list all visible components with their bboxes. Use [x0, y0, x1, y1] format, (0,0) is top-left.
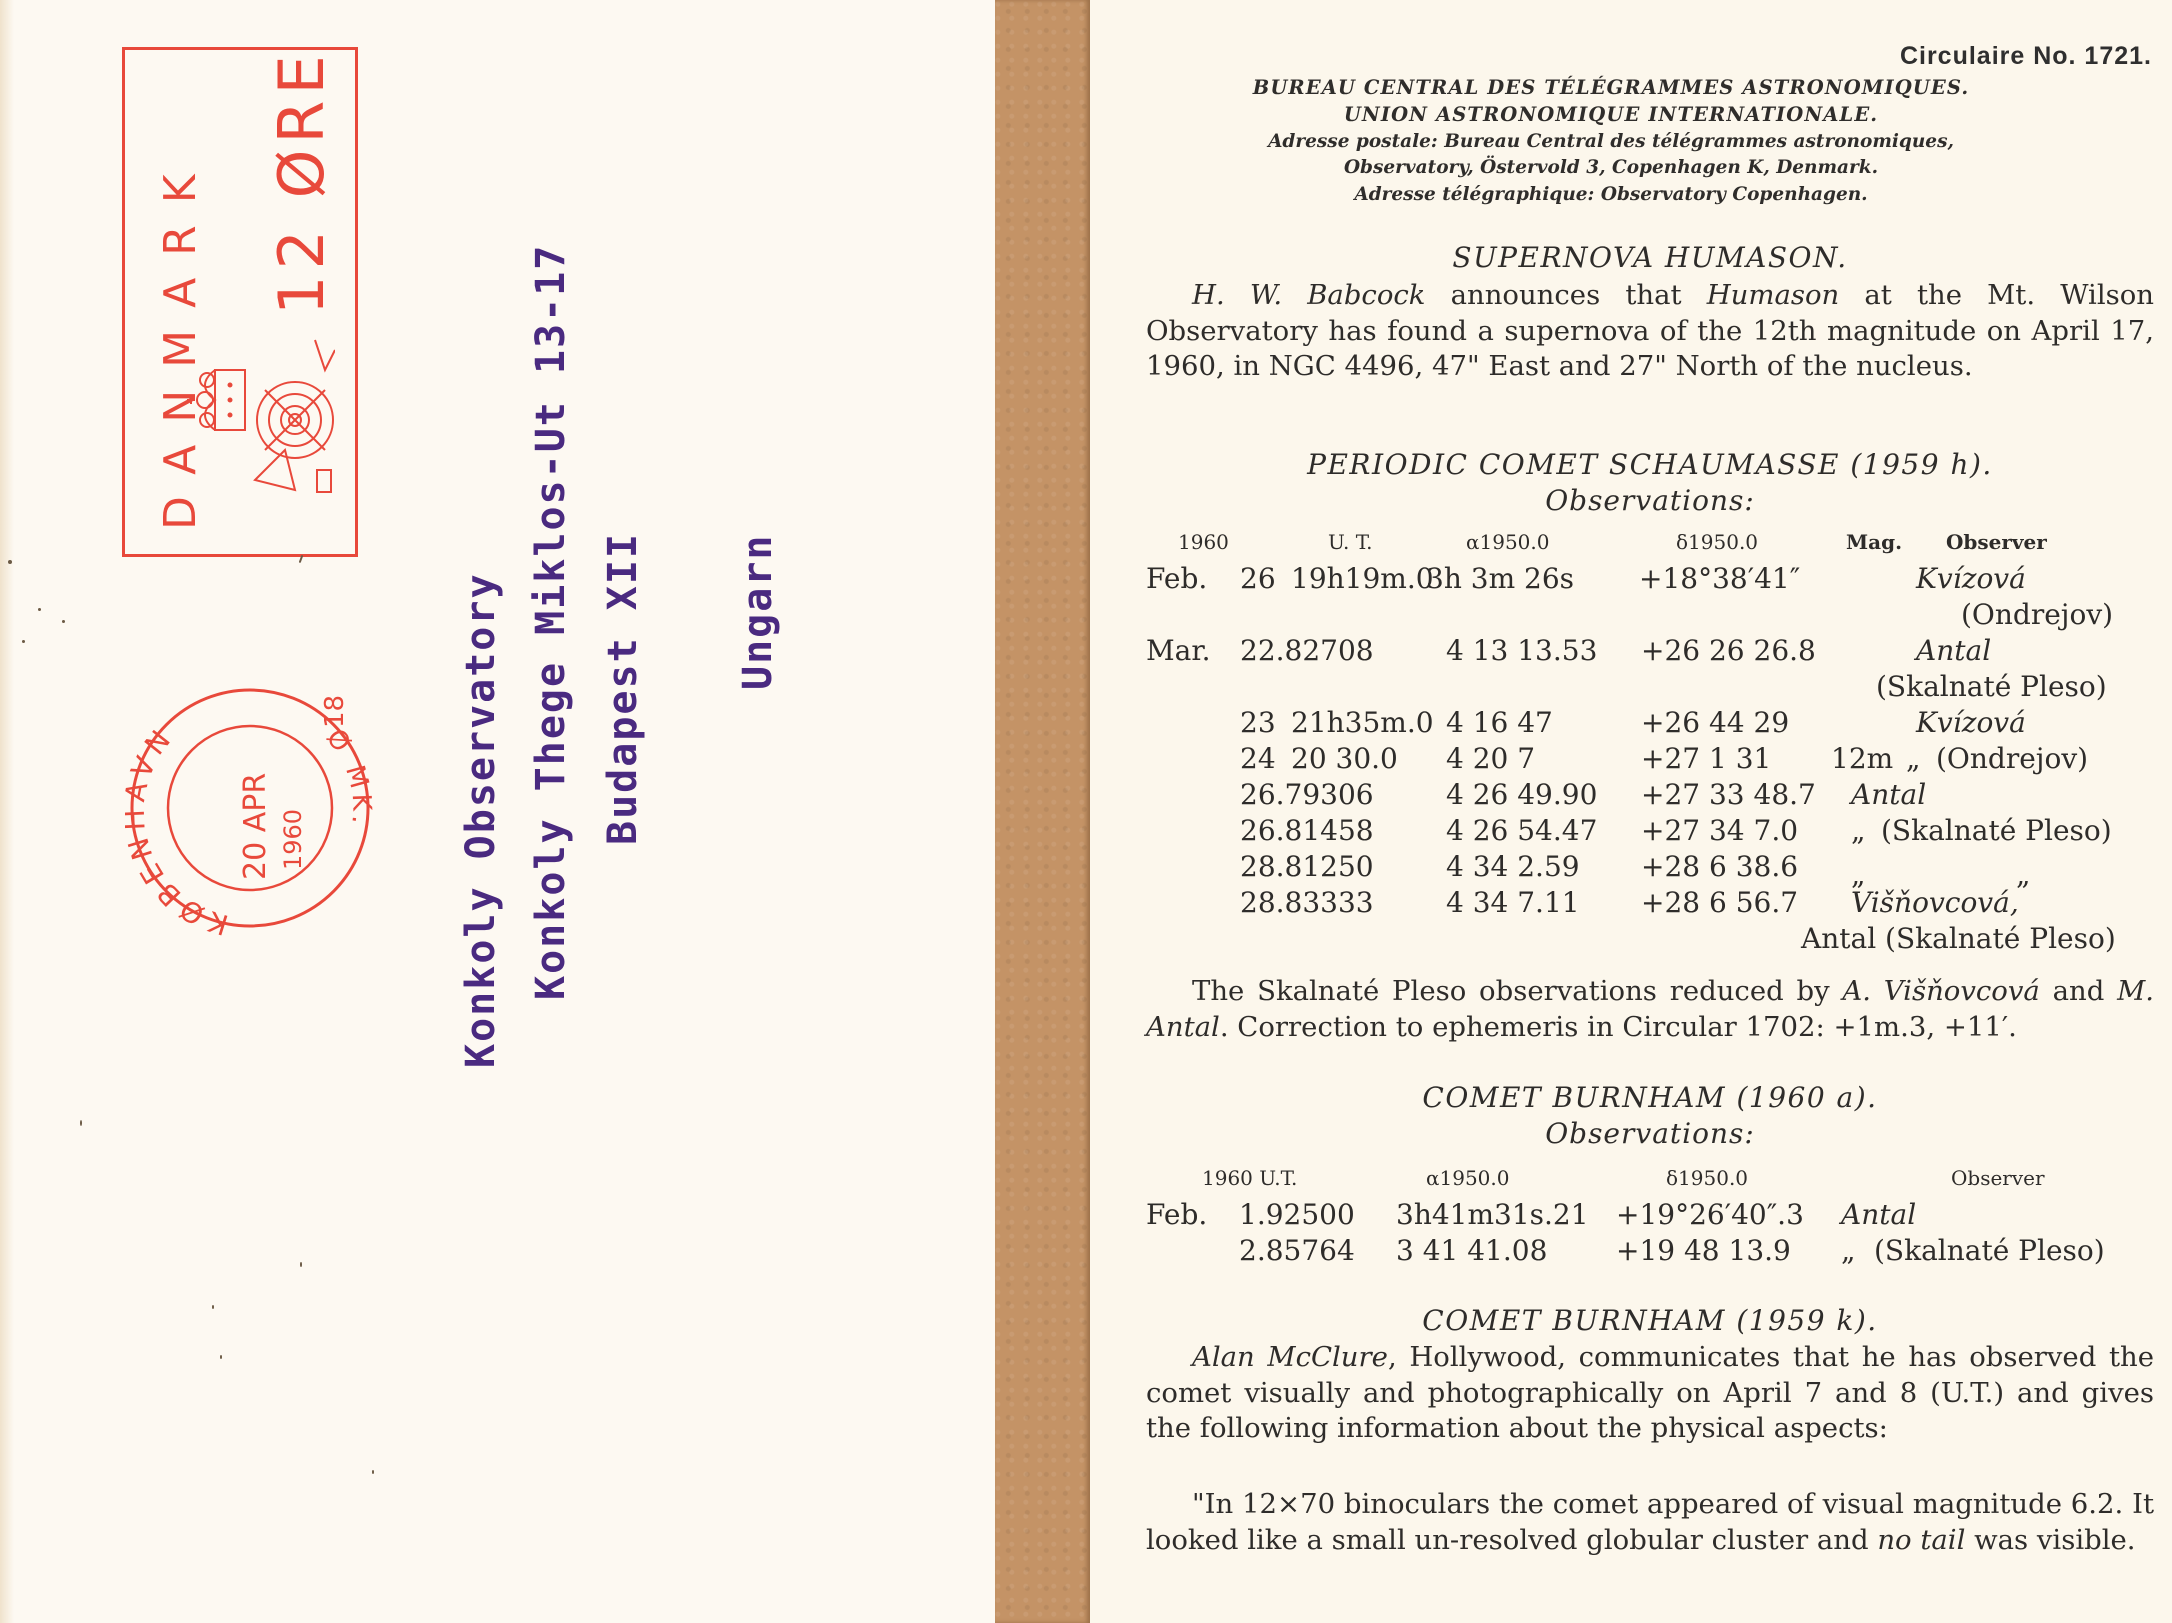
day: 26.79306: [1240, 778, 1374, 811]
col-header-ra: α1950.0: [1466, 530, 1550, 554]
author-name: Alan McClure: [1192, 1341, 1388, 1373]
col-header-mag: Mag.: [1846, 530, 1902, 554]
day: 28.83333: [1240, 886, 1374, 919]
dec: +26 44 29: [1641, 706, 1789, 739]
burnham-1959k-quote: "In 12×70 binoculars the comet appeared …: [1146, 1487, 2154, 1558]
address-line-street: Konkoly Thege Miklos-Ut 13-17: [528, 244, 574, 1000]
col-header-ut: 1960 U.T.: [1202, 1166, 1297, 1190]
dec: +27 33 48.7: [1641, 778, 1816, 811]
circular-number: Circulaire No. 1721.: [1900, 42, 2152, 71]
table-row: 28.83333 4 34 7.11 +28 6 56.7 Višňovcová…: [1146, 886, 2154, 922]
day: 22.82708: [1240, 634, 1374, 667]
table-row: 28.81250 4 34 2.59 +28 6 38.6 „ „: [1146, 850, 2154, 886]
table-row: 26.81458 4 26 54.47 +27 34 7.0 „ (Skalna…: [1146, 814, 2154, 850]
observer: Kvízová: [1916, 706, 2026, 739]
ra: 3 41 41.08: [1396, 1234, 1547, 1267]
postmark-circle-icon: KØBENHAVN Ø MK. 20 APR 1960 18: [125, 668, 375, 948]
telegraphic-address: Adresse télégraphique: Observatory Copen…: [1146, 184, 2076, 205]
table-row-cont: (Skalnaté Pleso): [1146, 670, 2154, 706]
observer: Višňovcová,: [1851, 886, 2019, 919]
dec: +26 26 26.8: [1641, 634, 1816, 667]
postmark-year: 1960: [279, 809, 307, 870]
col-header-ra: α1950.0: [1426, 1166, 1510, 1190]
author-name: H. W. Babcock: [1192, 279, 1425, 311]
observatory: (Skalnaté Pleso): [1874, 1234, 2105, 1267]
dec: +19°26′40″.3: [1616, 1198, 1804, 1231]
discoverer-name: Humason: [1707, 279, 1840, 311]
ra: 4 34 7.11: [1446, 886, 1580, 919]
ra: 4 26 49.90: [1446, 778, 1597, 811]
ditto-mark: „: [1906, 742, 1921, 775]
observatory: (Skalnaté Pleso): [1876, 670, 2107, 703]
ditto-mark: „: [1851, 814, 1866, 847]
ra: 4 34 2.59: [1446, 850, 1580, 883]
observer: Kvízová: [1916, 562, 2026, 595]
observations-subtitle: Observations:: [1146, 1117, 2154, 1150]
envelope-edge: [0, 0, 14, 1623]
ra: 3h 3m 26s: [1426, 562, 1574, 595]
text: was visible.: [1965, 1524, 2135, 1556]
schaumasse-note: The Skalnaté Pleso observations reduced …: [1146, 974, 2154, 1045]
postmark-hour: 18: [320, 695, 350, 728]
postmark: KØBENHAVN Ø MK. 20 APR 1960 18: [125, 668, 375, 948]
ditto-mark: „: [1841, 1234, 1856, 1267]
section-title-schaumasse: PERIODIC COMET SCHAUMASSE (1959 h).: [1146, 448, 2154, 481]
mag: 12m: [1831, 742, 1893, 775]
text: . Correction to ephemeris in Circular 17…: [1220, 1011, 2017, 1043]
postmark-city: KØBENHAVN: [125, 719, 232, 941]
month: Feb.: [1146, 562, 1207, 595]
iau-circular-page: Circulaire No. 1721. BUREAU CENTRAL DES …: [1090, 0, 2172, 1623]
postal-address-line2: Observatory, Östervold 3, Copenhagen K, …: [1146, 157, 2076, 178]
bureau-name: BUREAU CENTRAL DES TÉLÉGRAMMES ASTRONOMI…: [1146, 76, 2076, 99]
postal-address-line1: Adresse postale: Bureau Central des télé…: [1146, 131, 2076, 152]
postmark-date: 20 APR: [238, 773, 273, 880]
union-name: UNION ASTRONOMIQUE INTERNATIONALE.: [1146, 103, 2076, 126]
postmark-office: Ø MK.: [320, 724, 375, 830]
supernova-paragraph: H. W. Babcock announces that Humason at …: [1146, 278, 2154, 385]
ra: 3h41m31s.21: [1396, 1198, 1589, 1231]
col-header-dec: δ1950.0: [1676, 530, 1758, 554]
section-title-burnham-1959k: COMET BURNHAM (1959 k).: [1146, 1304, 2154, 1337]
table-row: 23 21h35m.0 4 16 47 +26 44 29 Kvízová: [1146, 706, 2154, 742]
table-row: Mar. 22.82708 4 13 13.53 +26 26 26.8 Ant…: [1146, 634, 2154, 670]
observations-subtitle: Observations:: [1146, 484, 2154, 517]
ut: 20 30.0: [1291, 742, 1398, 775]
col-header-observer: Observer: [1946, 530, 2047, 554]
address-line-country: Ungarn: [735, 534, 781, 691]
dec: +27 1 31: [1641, 742, 1771, 775]
table-row: 24 20 30.0 4 20 7 +27 1 31 12m „ (Ondrej…: [1146, 742, 2154, 778]
ra: 4 16 47: [1446, 706, 1553, 739]
text: and: [2040, 975, 2117, 1007]
emphasis: no tail: [1877, 1524, 1965, 1556]
observatory: (Ondrejov): [1936, 742, 2088, 775]
text: The Skalnaté Pleso observations reduced …: [1192, 975, 1842, 1007]
day: 26.81458: [1240, 814, 1374, 847]
day: 23: [1240, 706, 1276, 739]
day: 28.81250: [1240, 850, 1374, 883]
table-row: 26.79306 4 26 49.90 +27 33 48.7 Antal: [1146, 778, 2154, 814]
ra: 4 26 54.47: [1446, 814, 1597, 847]
binding-spine: [995, 0, 1090, 1623]
col-header-observer: Observer: [1951, 1166, 2045, 1190]
crown-and-posthorn-icon: [185, 320, 335, 520]
svg-text:Ø MK.: Ø MK.: [320, 724, 375, 830]
col-header-year: 1960: [1178, 530, 1229, 554]
table-row-cont: Antal (Skalnaté Pleso): [1146, 922, 2154, 958]
envelope-back: DANMARK 12 ØRE: [0, 0, 995, 1623]
svg-text:KØBENHAVN: KØBENHAVN: [125, 719, 232, 941]
ra: 4 20 7: [1446, 742, 1535, 775]
dec: +27 34 7.0: [1641, 814, 1798, 847]
observatory: Antal (Skalnaté Pleso): [1801, 922, 2116, 955]
observatory: (Skalnaté Pleso): [1881, 814, 2112, 847]
address-line-institution: Konkoly Observatory: [458, 572, 504, 1068]
meter-stamp: DANMARK 12 ØRE: [122, 47, 358, 557]
table-row: 2.85764 3 41 41.08 +19 48 13.9 „ (Skalna…: [1146, 1234, 2154, 1270]
day: 2.85764: [1239, 1234, 1355, 1267]
ra: 4 13 13.53: [1446, 634, 1597, 667]
observer: Antal: [1851, 778, 1926, 811]
stamp-value: 12 ØRE: [265, 49, 338, 315]
observatory: (Ondrejov): [1961, 598, 2113, 631]
reducer-name: A. Višňovcová: [1842, 975, 2039, 1007]
observer: Antal: [1841, 1198, 1916, 1231]
day: 1.92500: [1239, 1198, 1355, 1231]
table-row-cont: (Ondrejov): [1146, 598, 2154, 634]
section-title-burnham-1960a: COMET BURNHAM (1960 a).: [1146, 1081, 2154, 1114]
month: Mar.: [1146, 634, 1211, 667]
table-row: Feb. 1.92500 3h41m31s.21 +19°26′40″.3 An…: [1146, 1198, 2154, 1234]
dec: +18°38′41″: [1639, 562, 1800, 595]
dec: +28 6 38.6: [1641, 850, 1798, 883]
dec: +28 6 56.7: [1641, 886, 1798, 919]
address-line-city: Budapest XII: [600, 532, 646, 845]
section-title-supernova: SUPERNOVA HUMASON.: [1146, 241, 2154, 274]
text: announces that: [1425, 279, 1706, 311]
day: 24: [1240, 742, 1276, 775]
ut: 19h19m.0: [1291, 562, 1434, 595]
ut: 21h35m.0: [1291, 706, 1434, 739]
col-header-dec: δ1950.0: [1666, 1166, 1748, 1190]
day: 26: [1240, 562, 1276, 595]
burnham-1959k-paragraph: Alan McClure, Hollywood, communicates th…: [1146, 1340, 2154, 1447]
col-header-ut: U. T.: [1328, 530, 1373, 554]
month: Feb.: [1146, 1198, 1207, 1231]
table-row: Feb. 26 19h19m.0 3h 3m 26s +18°38′41″ Kv…: [1146, 562, 2154, 598]
observer: Antal: [1916, 634, 1991, 667]
dec: +19 48 13.9: [1616, 1234, 1791, 1267]
